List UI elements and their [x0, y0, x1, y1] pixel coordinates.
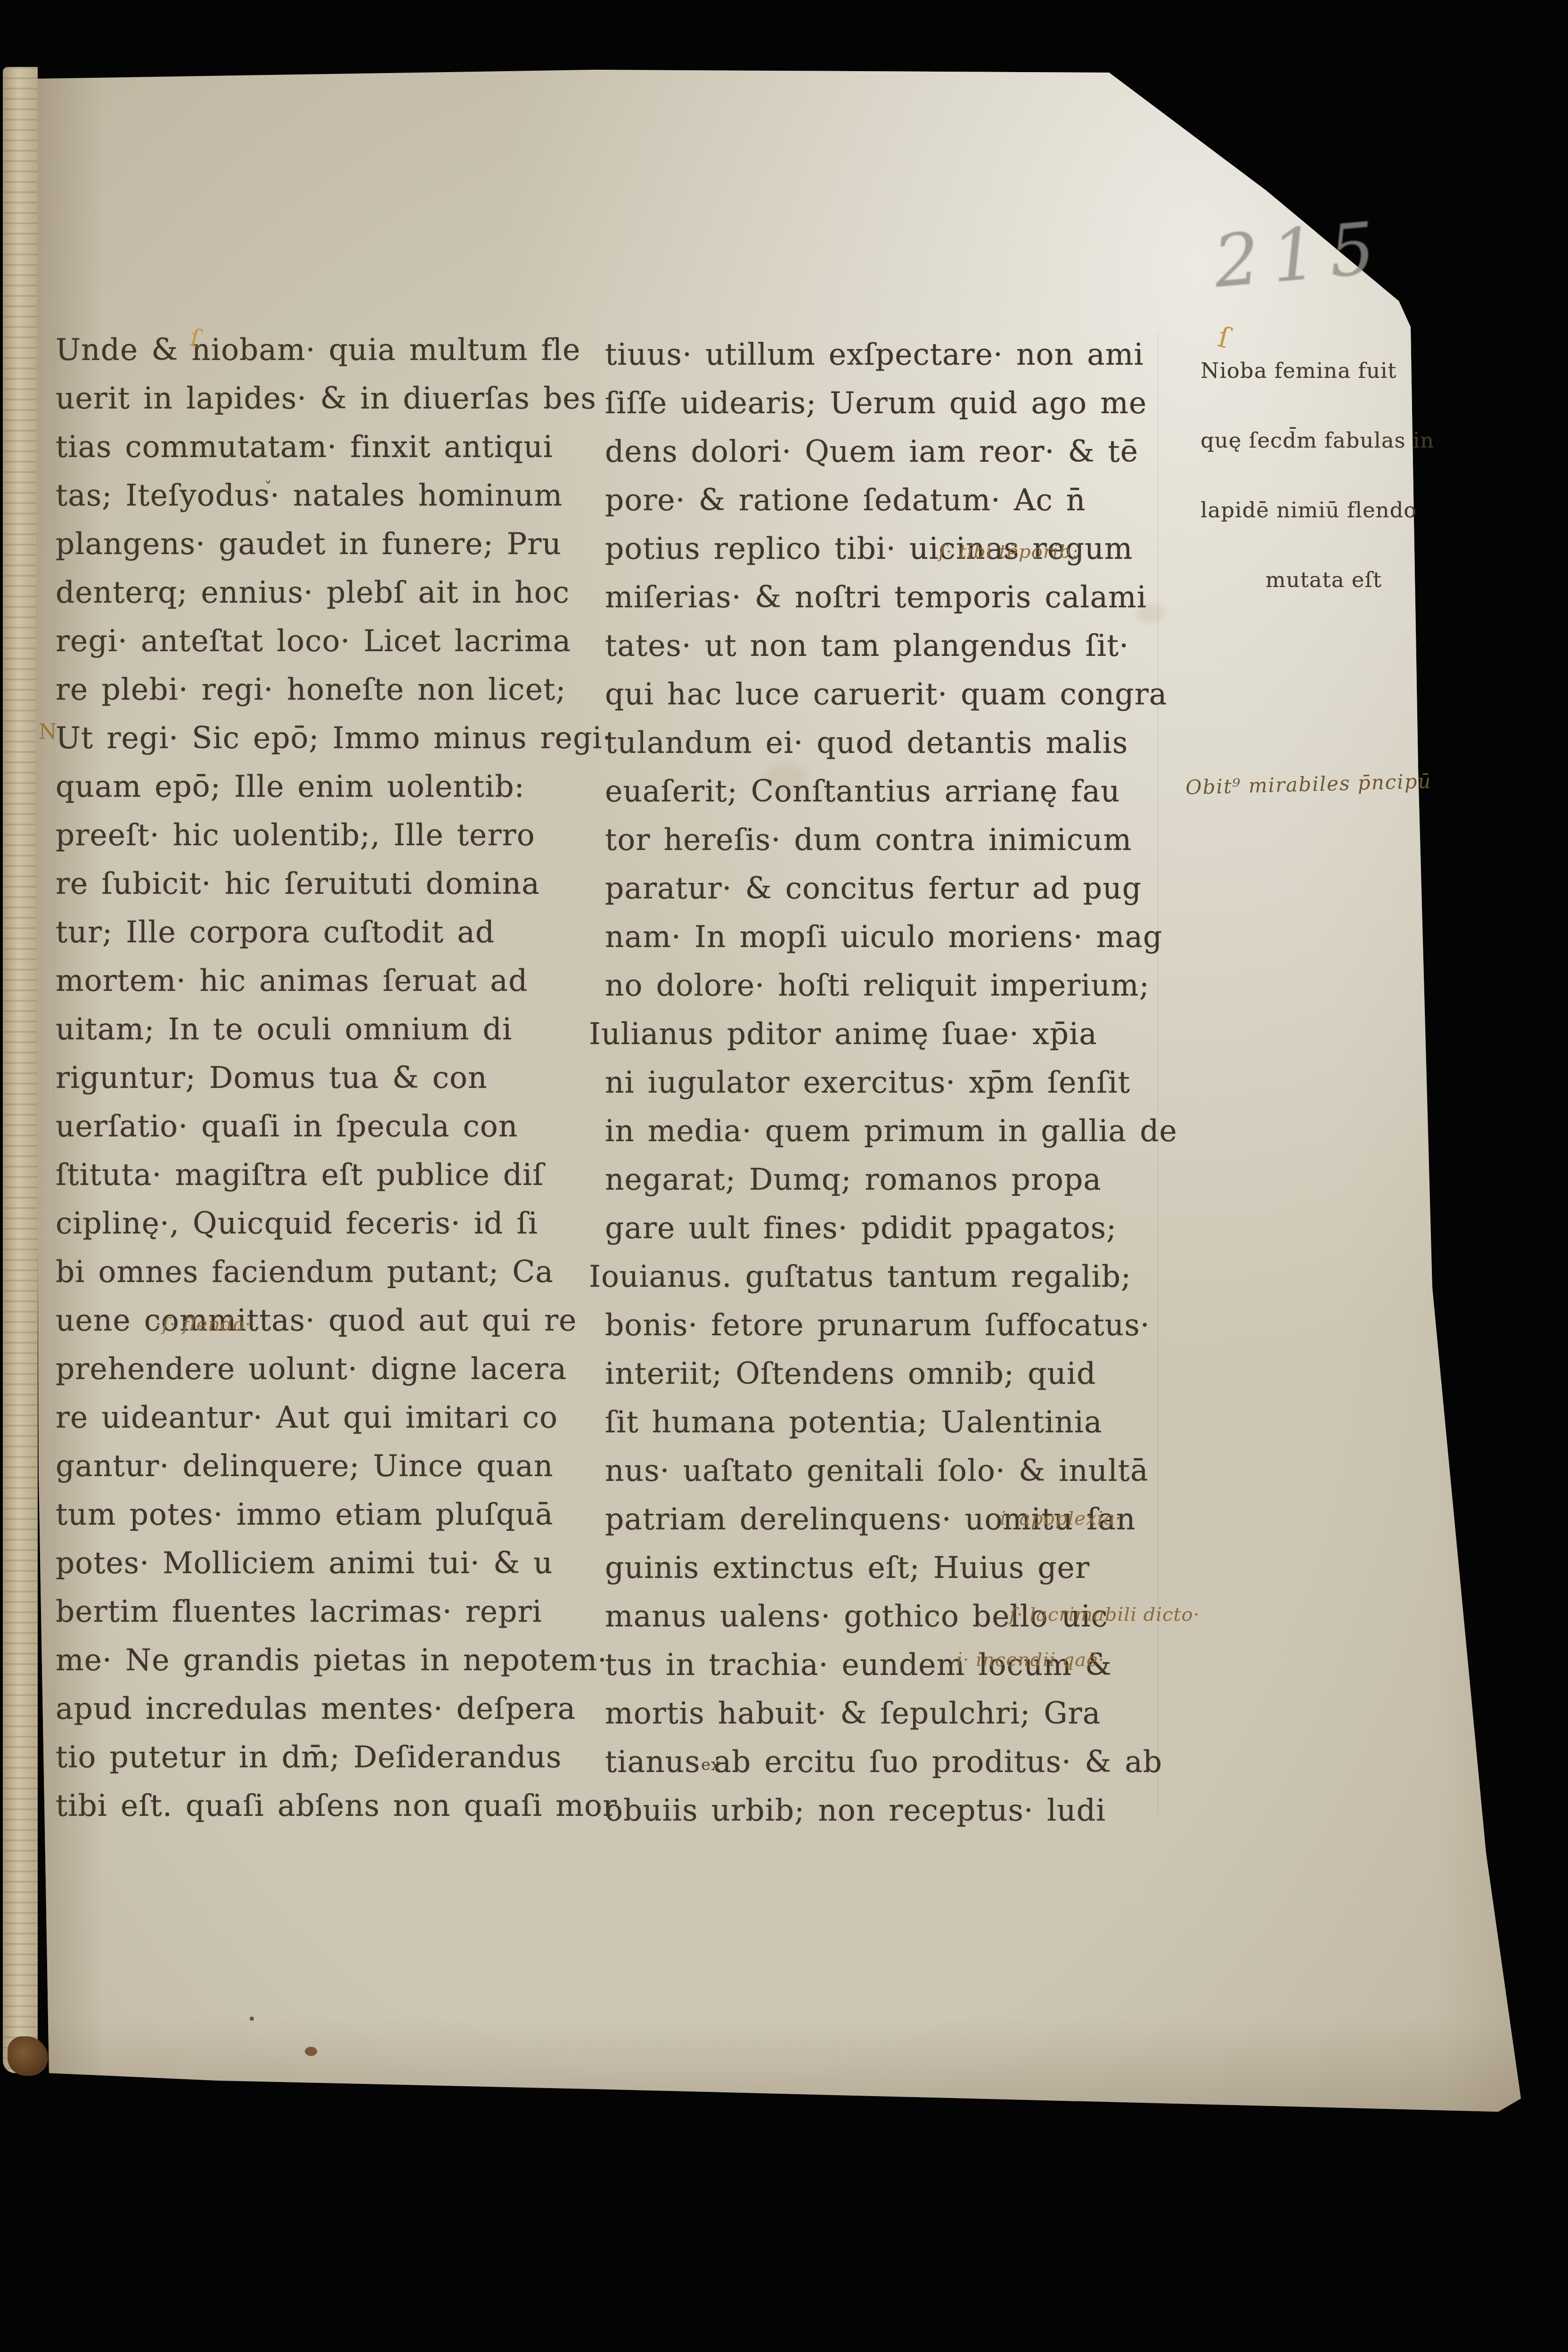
text-line: tias commutatam· finxit antiqui	[56, 430, 607, 478]
text-line: apud incredulas mentes· deſpera	[56, 1691, 607, 1740]
text-line: tum potes· immo etiam pluſquā	[56, 1497, 607, 1546]
text-line: ſiſſe uidearis; Uerum quid ago me	[605, 386, 1184, 434]
text-line: Unde & niobam· quia multum fle	[56, 333, 607, 381]
text-line: miſerias· & noſtri temporis calami	[605, 580, 1184, 629]
interlinear-gloss-lacrimabili: ſ· lacrimabili dicto·	[1009, 1604, 1200, 1625]
text-line: quę ſecd̄m fabulas in	[1200, 428, 1408, 498]
text-line: tulandum ei· quod detantis malis	[605, 726, 1184, 774]
text-line: plangens· gaudet in funere; Pru	[56, 527, 607, 575]
text-line: uerit in lapides· & in diuerſas bes	[56, 381, 607, 430]
text-line: re ſubicit· hic ſeruituti domina	[56, 866, 607, 915]
text-line: potius replico tibi· uicinas regum	[605, 531, 1184, 580]
text-line: tas; Iteſyodus· natales hominum	[56, 478, 607, 527]
ink-stain	[305, 2047, 317, 2056]
text-line: re uideantur· Aut qui imitari co	[56, 1400, 607, 1449]
text-line: prehendere uolunt· digne lacera	[56, 1352, 607, 1400]
text-line: ciplinę·, Quicquid feceris· id ſi	[56, 1206, 607, 1255]
text-line: re plebi· regi· honeſte non licet;	[56, 672, 607, 721]
text-line: regi· anteſtat loco· Licet lacrima	[56, 624, 607, 672]
text-line: Iulianus pditor animę ſuae· xp̄ia	[605, 1017, 1184, 1065]
text-line: euaſerit; Conſtantius arrianę fau	[605, 774, 1184, 823]
text-line: tates· ut non tam plangendus ſit·	[605, 629, 1184, 677]
text-line: quam epō; Ille enim uolentib:	[56, 769, 607, 818]
text-line: tio putetur in dm̄; Deſiderandus	[56, 1740, 607, 1788]
text-line: mortis habuit· & ſepulchri; Gra	[605, 1696, 1184, 1745]
text-line: pore· & ratione ſedatum· Ac n̄	[605, 483, 1184, 531]
interlinear-gloss-temporibus: ſ· tibi tēporib;	[939, 541, 1078, 563]
text-line: uerſatio· quaſi in ſpecula con	[56, 1109, 607, 1158]
text-line: riguntur; Domus tua & con	[56, 1061, 607, 1109]
text-line: uitam; In te oculi omnium di	[56, 1012, 607, 1061]
text-line: dens dolori· Quem iam reor· & tē	[605, 434, 1184, 483]
text-line: bi omnes faciendum putant; Ca	[56, 1255, 607, 1303]
text-line: nus· uaſtato genitali ſolo· & inultā	[605, 1454, 1184, 1502]
text-line: gantur· delinquere; Uince quan	[56, 1449, 607, 1497]
text-line: obuiis urbib; non receptus· ludi	[605, 1793, 1184, 1842]
text-line: bonis· fetore prunarum ſuffocatus·	[605, 1308, 1184, 1356]
book-spine-leaf-edges	[3, 67, 38, 2073]
text-line: negarat; Dumq; romanos propa	[605, 1162, 1184, 1211]
text-line: tur; Ille corpora cuſtodit ad	[56, 915, 607, 964]
text-line: paratur· & concitus fertur ad pug	[605, 871, 1184, 920]
text-line: ſit humana potentia; Ualentinia	[605, 1405, 1184, 1454]
text-line: nam· In mopſi uiculo moriens· mag	[605, 920, 1184, 968]
text-line: mutata eſt	[1266, 567, 1408, 637]
text-line: tibi eſt. quaſi abſens non quaſi mor	[56, 1788, 607, 1837]
text-line: bertim fluentes lacrimas· repri	[56, 1594, 607, 1643]
text-line: ſtituta· magiſtra eſt publice diſ	[56, 1158, 607, 1206]
text-line: preeſt· hic uolentib;, Ille terro	[56, 818, 607, 866]
text-line: in media· quem primum in gallia de	[605, 1114, 1184, 1162]
interlinear-gloss-flendo: ·ſ· flendo·	[155, 1314, 251, 1335]
ink-stain	[250, 2017, 254, 2021]
interlinear-gloss-incendii: i· incendii qaē·	[956, 1649, 1104, 1671]
text-column-left: Unde & niobam· quia multum fleuerit in l…	[56, 333, 607, 1837]
interlinear-gloss-apoplexia: i· apoplexia·	[1000, 1508, 1122, 1529]
text-line: no dolore· hoſti reliquit imperium;	[605, 968, 1184, 1017]
binding-fragment	[8, 2036, 48, 2076]
text-line: ni iugulator exercitus· xp̄m ſenſit	[605, 1065, 1184, 1114]
text-line: uene committas· quod aut qui re	[56, 1303, 607, 1352]
text-line: denterq; ennius· plebſ ait in hoc	[56, 575, 607, 624]
text-line: interiit; Oſtendens omnib; quid	[605, 1356, 1184, 1405]
text-line: tiuus· utillum exſpectare· non ami	[605, 337, 1184, 386]
text-line: me· Ne grandis pietas in nepotem·	[56, 1643, 607, 1691]
text-line: Nioba femina fuit	[1200, 358, 1408, 428]
margin-letter-n: N	[39, 720, 57, 744]
text-line: potes· Molliciem animi tui· & u	[56, 1546, 607, 1594]
text-line: tor hereſis· dum contra inimicum	[605, 823, 1184, 871]
text-line: lapidē nimiū flendo	[1200, 498, 1408, 567]
margin-note-niobe: Nioba femina fuitquę ſecd̄m fabulas inla…	[1200, 358, 1408, 637]
text-line: Ut regi· Sic epō; Immo minus regi·	[56, 721, 607, 769]
text-line: tianus ab ercitu ſuo proditus· & ab	[605, 1745, 1184, 1793]
text-line: mortem· hic animas ſeruat ad	[56, 964, 607, 1012]
ruling-line	[54, 331, 55, 1815]
text-line: guinis extinctus eſt; Huius ger	[605, 1551, 1184, 1599]
manuscript-scan: { "page_number": "215", "columns": { "le…	[0, 0, 1568, 2352]
text-line: qui hac luce caruerit· quam congra	[605, 677, 1184, 726]
superscript-correction-ex: ex	[701, 1756, 720, 1774]
text-line: gare uult fines· pdidit ppagatos;	[605, 1211, 1184, 1259]
pencil-folio-number: 215	[1210, 205, 1390, 303]
text-line: Iouianus. guſtatus tantum regalib;	[605, 1259, 1184, 1308]
